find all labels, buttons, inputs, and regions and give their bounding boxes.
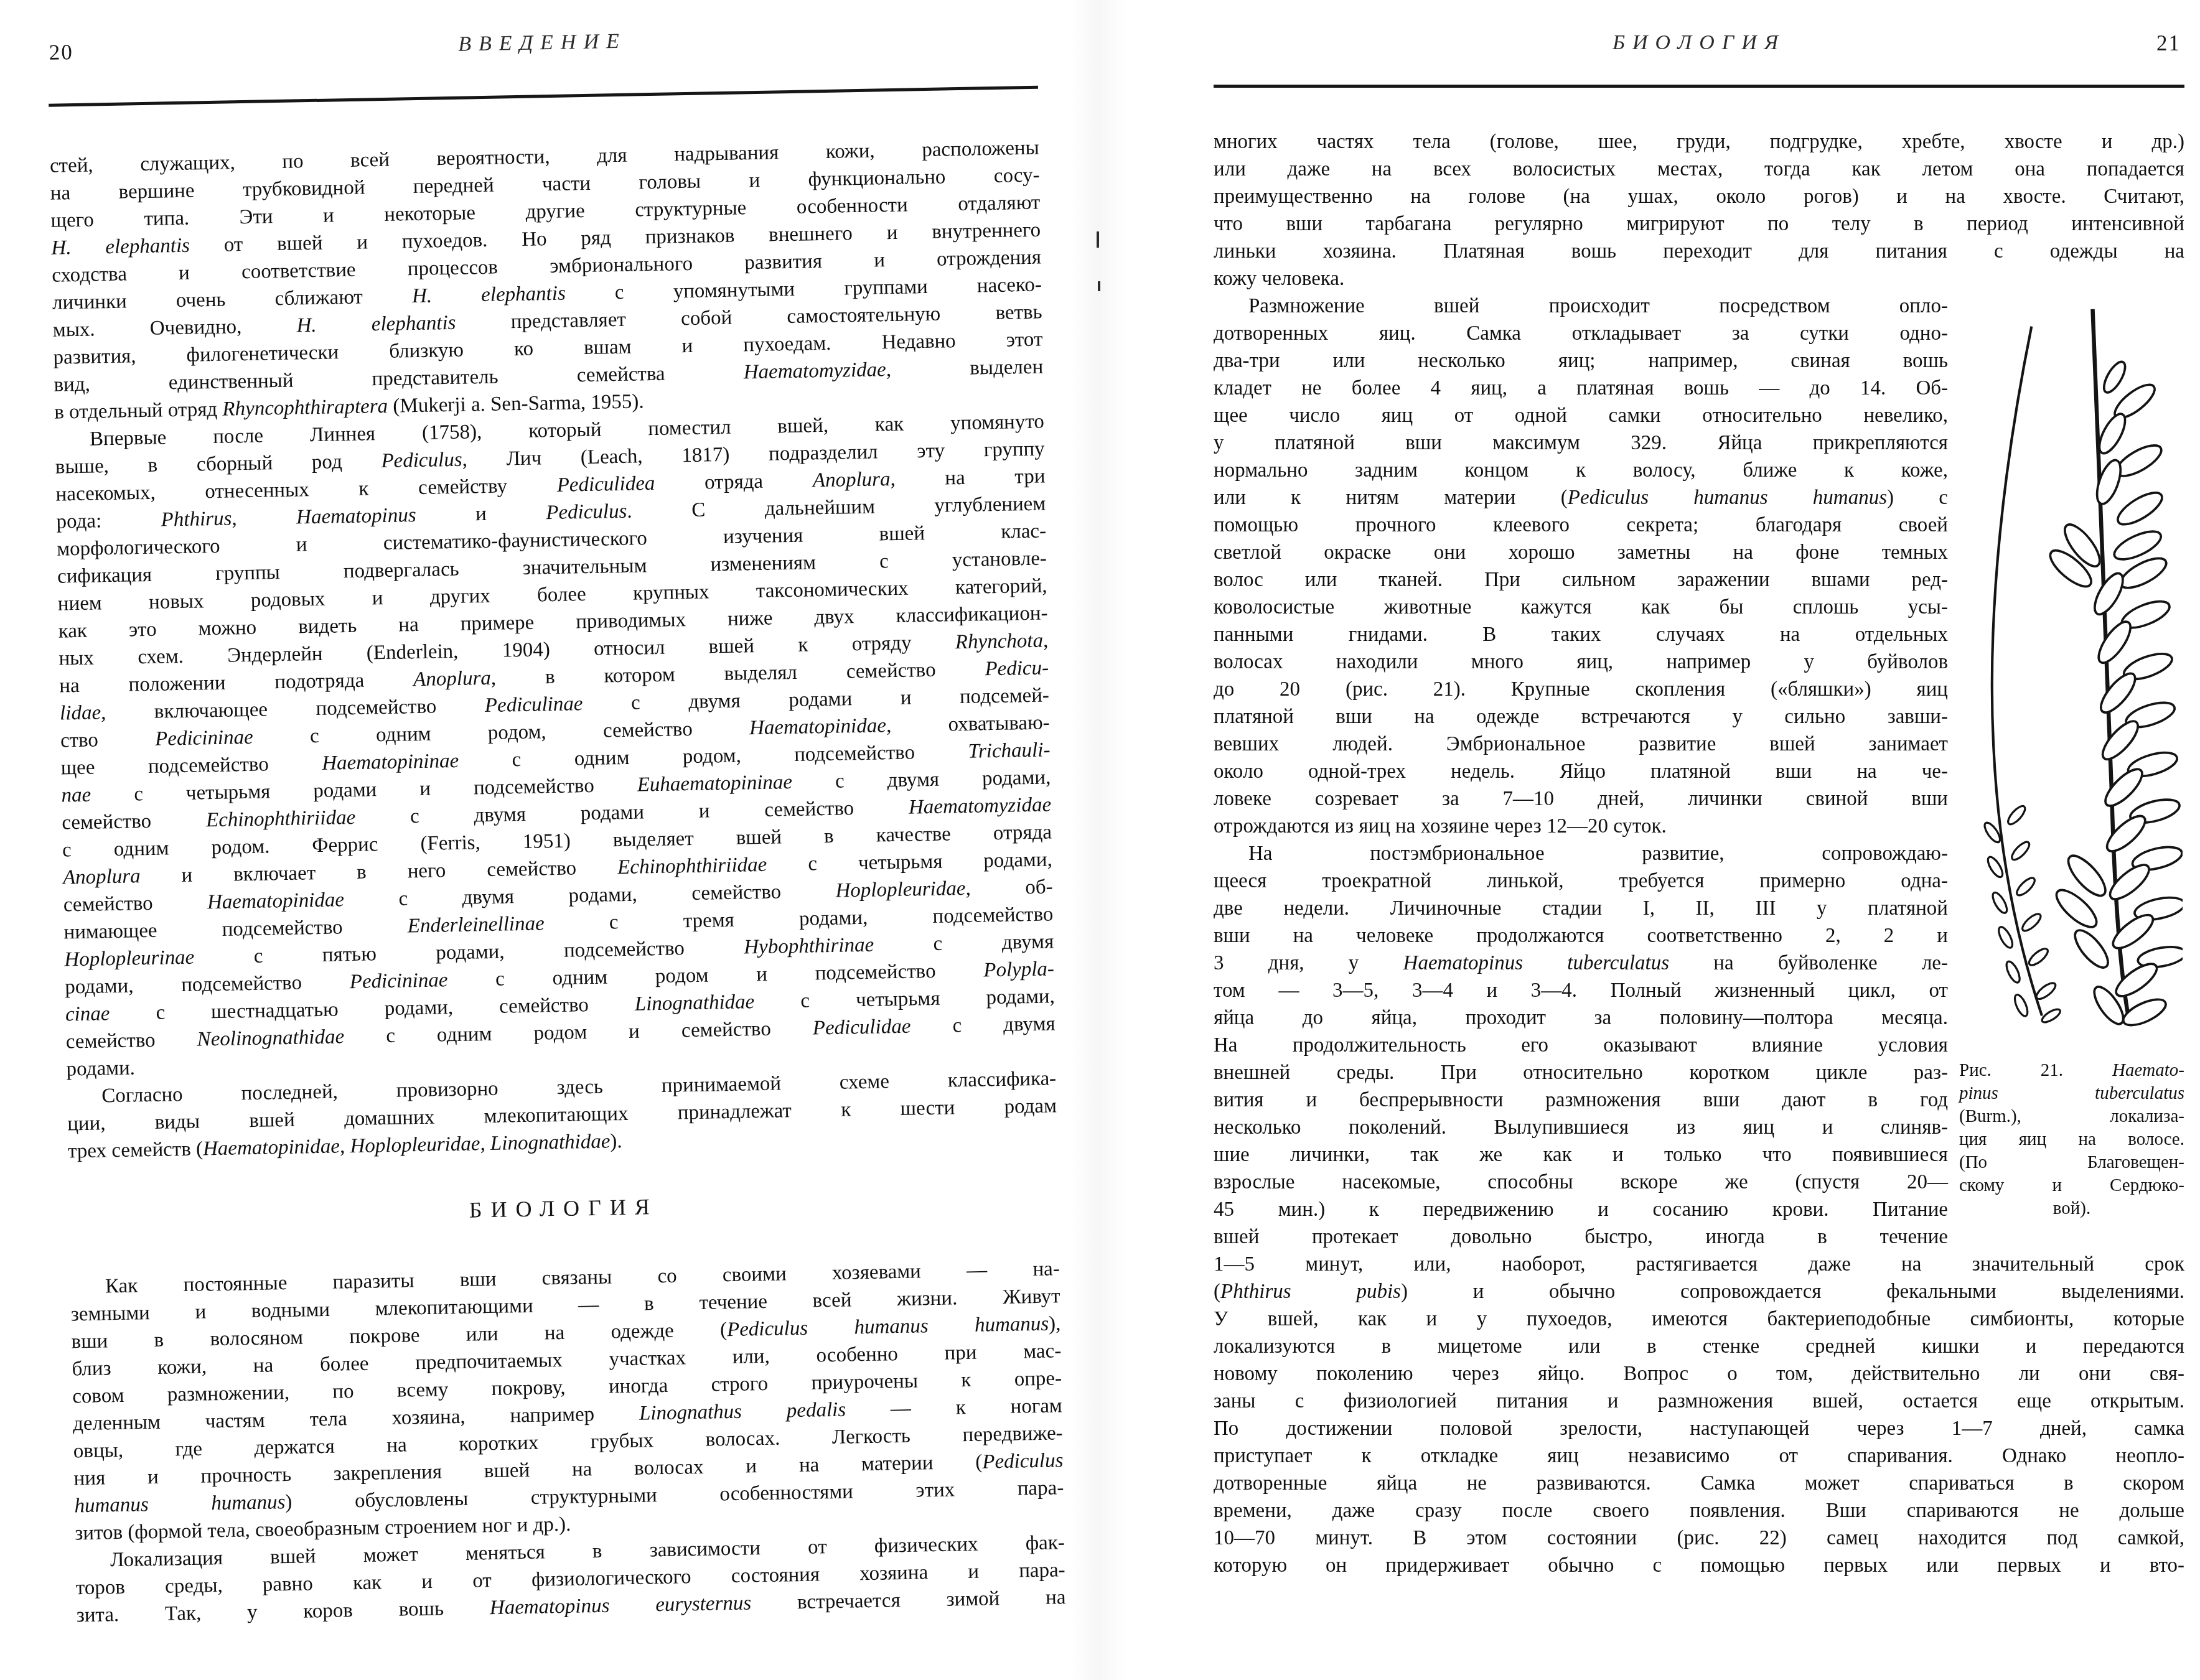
text-line: нормально задним концом к волосу, ближе … [1214,457,1948,484]
text-line: кладет не более 4 яиц, а платяная вошь —… [1214,375,1948,402]
text-line: том — 3—5, 3—4 и 3—4. Полный жизненный ц… [1214,977,1948,1004]
text-line: вевших людей. Эмбриональное развитие вше… [1214,730,1948,758]
text-line: ловеке созревает за 7—10 дней, личинки с… [1214,785,1948,813]
text-line: около одной-трех недель. Яйцо платяной в… [1214,758,1948,785]
caption-line: ция яиц на волосе. [1959,1128,2184,1151]
text-line: времени, даже сразу после своего появлен… [1214,1497,2184,1524]
text-line: панными гнидами. В таких случаях на отде… [1214,621,1948,648]
text-line: щее число яиц от одной самки относительн… [1214,402,1948,429]
text-line: которую он придерживает обычно с помощью… [1214,1552,2184,1579]
binding-mark [1097,231,1099,248]
text-line: локализуются в мицетоме или в стенке сре… [1214,1333,2184,1360]
text-line: платяной вши на одежде встречаются у сил… [1214,703,1948,730]
text-line: яйца до яйца, проходит за половину—полто… [1214,1004,1948,1032]
text-line: внешней среды. При относительно коротком… [1214,1059,1948,1086]
text-line: что вши тарбагана регулярно мигрируют по… [1214,210,2184,238]
header-rule [1214,85,2184,88]
text-line: отрождаются из яиц на хозяине через 12—2… [1214,813,1948,840]
left-page-body: стей, служащих, по всей вероятности, для… [50,134,1066,1630]
text-line: У вшей, как и у пухоедов, имеются бактер… [1214,1305,2184,1333]
text-line: волосах находили много яиц, например у б… [1214,648,1948,676]
right-page-bottom-text: 1—5 минут, или, наоборот, растягивается … [1214,1251,2184,1579]
text-line: (Phthirus pubis) и обычно сопровождается… [1214,1278,2184,1305]
binding-mark [1098,281,1100,291]
text-line: На постэмбриональное развитие, сопровожд… [1214,840,1948,867]
text-line: волос или тканей. При сильном заражении … [1214,566,1948,594]
text-line: вшей протекает довольно быстро, иногда в… [1214,1223,1948,1251]
text-line: у платяной вши максимум 329. Яйца прикре… [1214,429,1948,457]
text-line: 1—5 минут, или, наоборот, растягивается … [1214,1251,2184,1278]
text-line: дотворенные яйца не развиваются. Самка м… [1214,1470,2184,1497]
text-line: преимущественно на голове (на ушах, окол… [1214,183,2184,210]
section-heading-biology: БИОЛОГИЯ [69,1185,1059,1231]
text-line: две недели. Личиночные стадии I, II, III… [1214,895,1948,922]
running-title-left: ВВЕДЕНИЕ [47,22,1037,64]
text-line: приступает к откладке яиц независимо от … [1214,1442,2184,1470]
running-title-right: БИОЛОГИЯ [1214,31,2184,55]
figure-21-caption: Рис. 21. Haemato-pinus tuberculatus(Burm… [1959,1059,2184,1220]
text-line: помощью прочного клеевого секрета; благо… [1214,511,1948,539]
text-line: щееся троекратной линькой, требуется при… [1214,867,1948,895]
caption-line: скому и Сердюко- [1959,1174,2184,1197]
text-line: По достижении половой зрелости, наступаю… [1214,1415,2184,1442]
biology-section-text: Как постоянные паразиты вши связаны со с… [70,1255,1066,1629]
text-line: 3 дня, у Haematopinus tuberculatus на бу… [1214,950,1948,977]
text-line: два-три или несколько яиц; например, сви… [1214,347,1948,375]
text-line: дотворенных яиц. Самка откладывает за су… [1214,320,1948,347]
text-line: или к нитям материи (Pediculus humanus h… [1214,484,1948,511]
left-running-head: 20 ВВЕДЕНИЕ [47,22,1037,78]
caption-line: вой). [1959,1197,2184,1220]
text-line: шие личинки, так же как и только что поя… [1214,1141,1948,1169]
text-line: несколько поколений. Вылупившиеся из яиц… [1214,1114,1948,1141]
text-line: вши на человеке продолжаются соответстве… [1214,922,1948,950]
right-page-column-text: Размножение вшей происходит посредством … [1214,292,1948,1251]
text-line: Размножение вшей происходит посредством … [1214,292,1948,320]
text-line: линьки хозяина. Платяная вошь переходит … [1214,238,2184,265]
caption-line: pinus tuberculatus [1959,1082,2184,1105]
intro-section-text: стей, служащих, по всей вероятности, для… [50,134,1058,1165]
text-line: многих частях тела (голове, шее, груди, … [1214,128,2184,156]
page-number-left: 20 [49,40,73,65]
right-page: БИОЛОГИЯ 21 многих частях тела (голове, … [1214,25,2184,1655]
book-spread-scan: { "left_page": { "page_number": "20", "r… [0,0,2200,1680]
text-line: или даже на всех волосистых местах, тогд… [1214,156,2184,183]
page-number-right: 21 [2156,31,2181,56]
right-page-top-text: многих частях тела (голове, шее, груди, … [1214,128,2184,292]
left-page: 20 ВВЕДЕНИЕ стей, служащих, по всей веро… [47,16,1067,1664]
text-line: светлой окраске они хорошо заметны на фо… [1214,539,1948,566]
page-gutter-shade [1070,0,1126,1680]
figure-21-illustration [1964,269,2183,1050]
hairs-with-nits-drawing [1964,269,2183,1050]
text-line: заны с физиологией питания и размножения… [1214,1388,2184,1415]
caption-line: (Burm.), локализа- [1959,1105,2184,1128]
text-line: коволосистые животные кажутся как бы спл… [1214,594,1948,621]
header-rule [49,86,1038,107]
text-line: вития и беспрерывности размножения вши д… [1214,1086,1948,1114]
text-line: до 20 (рис. 21). Крупные скопления («бля… [1214,676,1948,703]
text-line: новому поколению через яйцо. Вопрос о то… [1214,1360,2184,1388]
text-line: 10—70 минут. В этом состоянии (рис. 22) … [1214,1524,2184,1552]
text-line: На продолжительность его оказывают влиян… [1214,1032,1948,1059]
right-running-head: БИОЛОГИЯ 21 [1214,31,2184,68]
text-line: взрослые насекомые, способны вскоре же (… [1214,1169,1948,1196]
caption-line: (По Благовещен- [1959,1151,2184,1174]
caption-line: Рис. 21. Haemato- [1959,1059,2184,1082]
text-line: 45 мин.) к передвижению и сосанию крови.… [1214,1196,1948,1223]
